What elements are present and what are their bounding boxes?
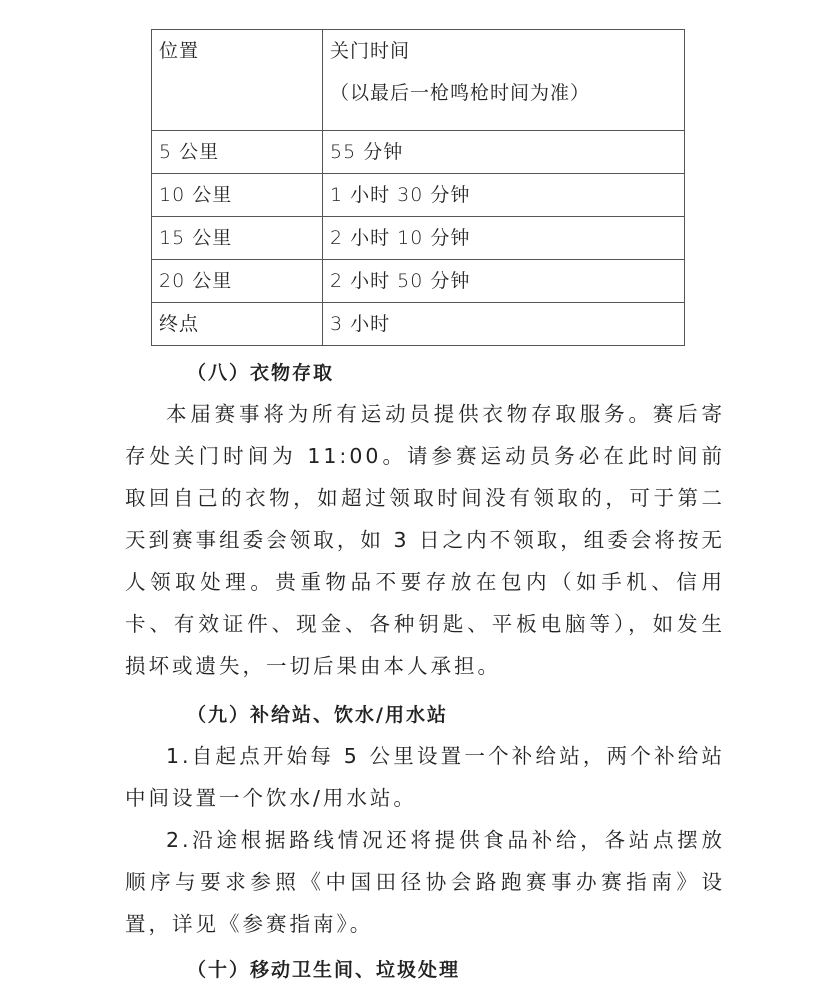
cell-location: 20 公里: [152, 260, 323, 303]
cell-location: 终点: [152, 303, 323, 346]
table-row: 15 公里 2 小时 10 分钟: [152, 217, 685, 260]
cell-cutoff: 3 小时: [323, 303, 685, 346]
cell-location: 10 公里: [152, 174, 323, 217]
cell-location: 5 公里: [152, 131, 323, 174]
header-cutoff-title: 关门时间: [330, 30, 677, 72]
cutoff-time-table: 位置 关门时间 （以最后一枪鸣枪时间为准） 5 公里 55 分钟 10 公里 1…: [151, 29, 685, 346]
paragraph-supply-item-2: 2.沿途根据路线情况还将提供食品补给，各站点摆放顺序与要求参照《中国田径协会路跑…: [125, 819, 725, 945]
paragraph-supply-item-1: 1.自起点开始每 5 公里设置一个补给站，两个补给站中间设置一个饮水/用水站。: [125, 735, 725, 819]
section-heading-supply-stations: （九）补给站、饮水/用水站: [187, 700, 448, 727]
table-row: 20 公里 2 小时 50 分钟: [152, 260, 685, 303]
cell-cutoff: 2 小时 50 分钟: [323, 260, 685, 303]
header-location: 位置: [152, 30, 323, 131]
cell-cutoff: 55 分钟: [323, 131, 685, 174]
cell-location: 15 公里: [152, 217, 323, 260]
table-row: 5 公里 55 分钟: [152, 131, 685, 174]
cell-cutoff: 2 小时 10 分钟: [323, 217, 685, 260]
header-cutoff-note: （以最后一枪鸣枪时间为准）: [330, 72, 677, 114]
section-heading-clothing-storage: （八）衣物存取: [187, 358, 334, 385]
cell-cutoff: 1 小时 30 分钟: [323, 174, 685, 217]
paragraph-clothing-storage: 本届赛事将为所有运动员提供衣物存取服务。赛后寄存处关门时间为 11:00。请参赛…: [125, 393, 725, 687]
table-header-row: 位置 关门时间 （以最后一枪鸣枪时间为准）: [152, 30, 685, 131]
table-row: 终点 3 小时: [152, 303, 685, 346]
section-heading-toilets-garbage: （十）移动卫生间、垃圾处理: [187, 955, 460, 982]
header-cutoff: 关门时间 （以最后一枪鸣枪时间为准）: [323, 30, 685, 131]
table-row: 10 公里 1 小时 30 分钟: [152, 174, 685, 217]
